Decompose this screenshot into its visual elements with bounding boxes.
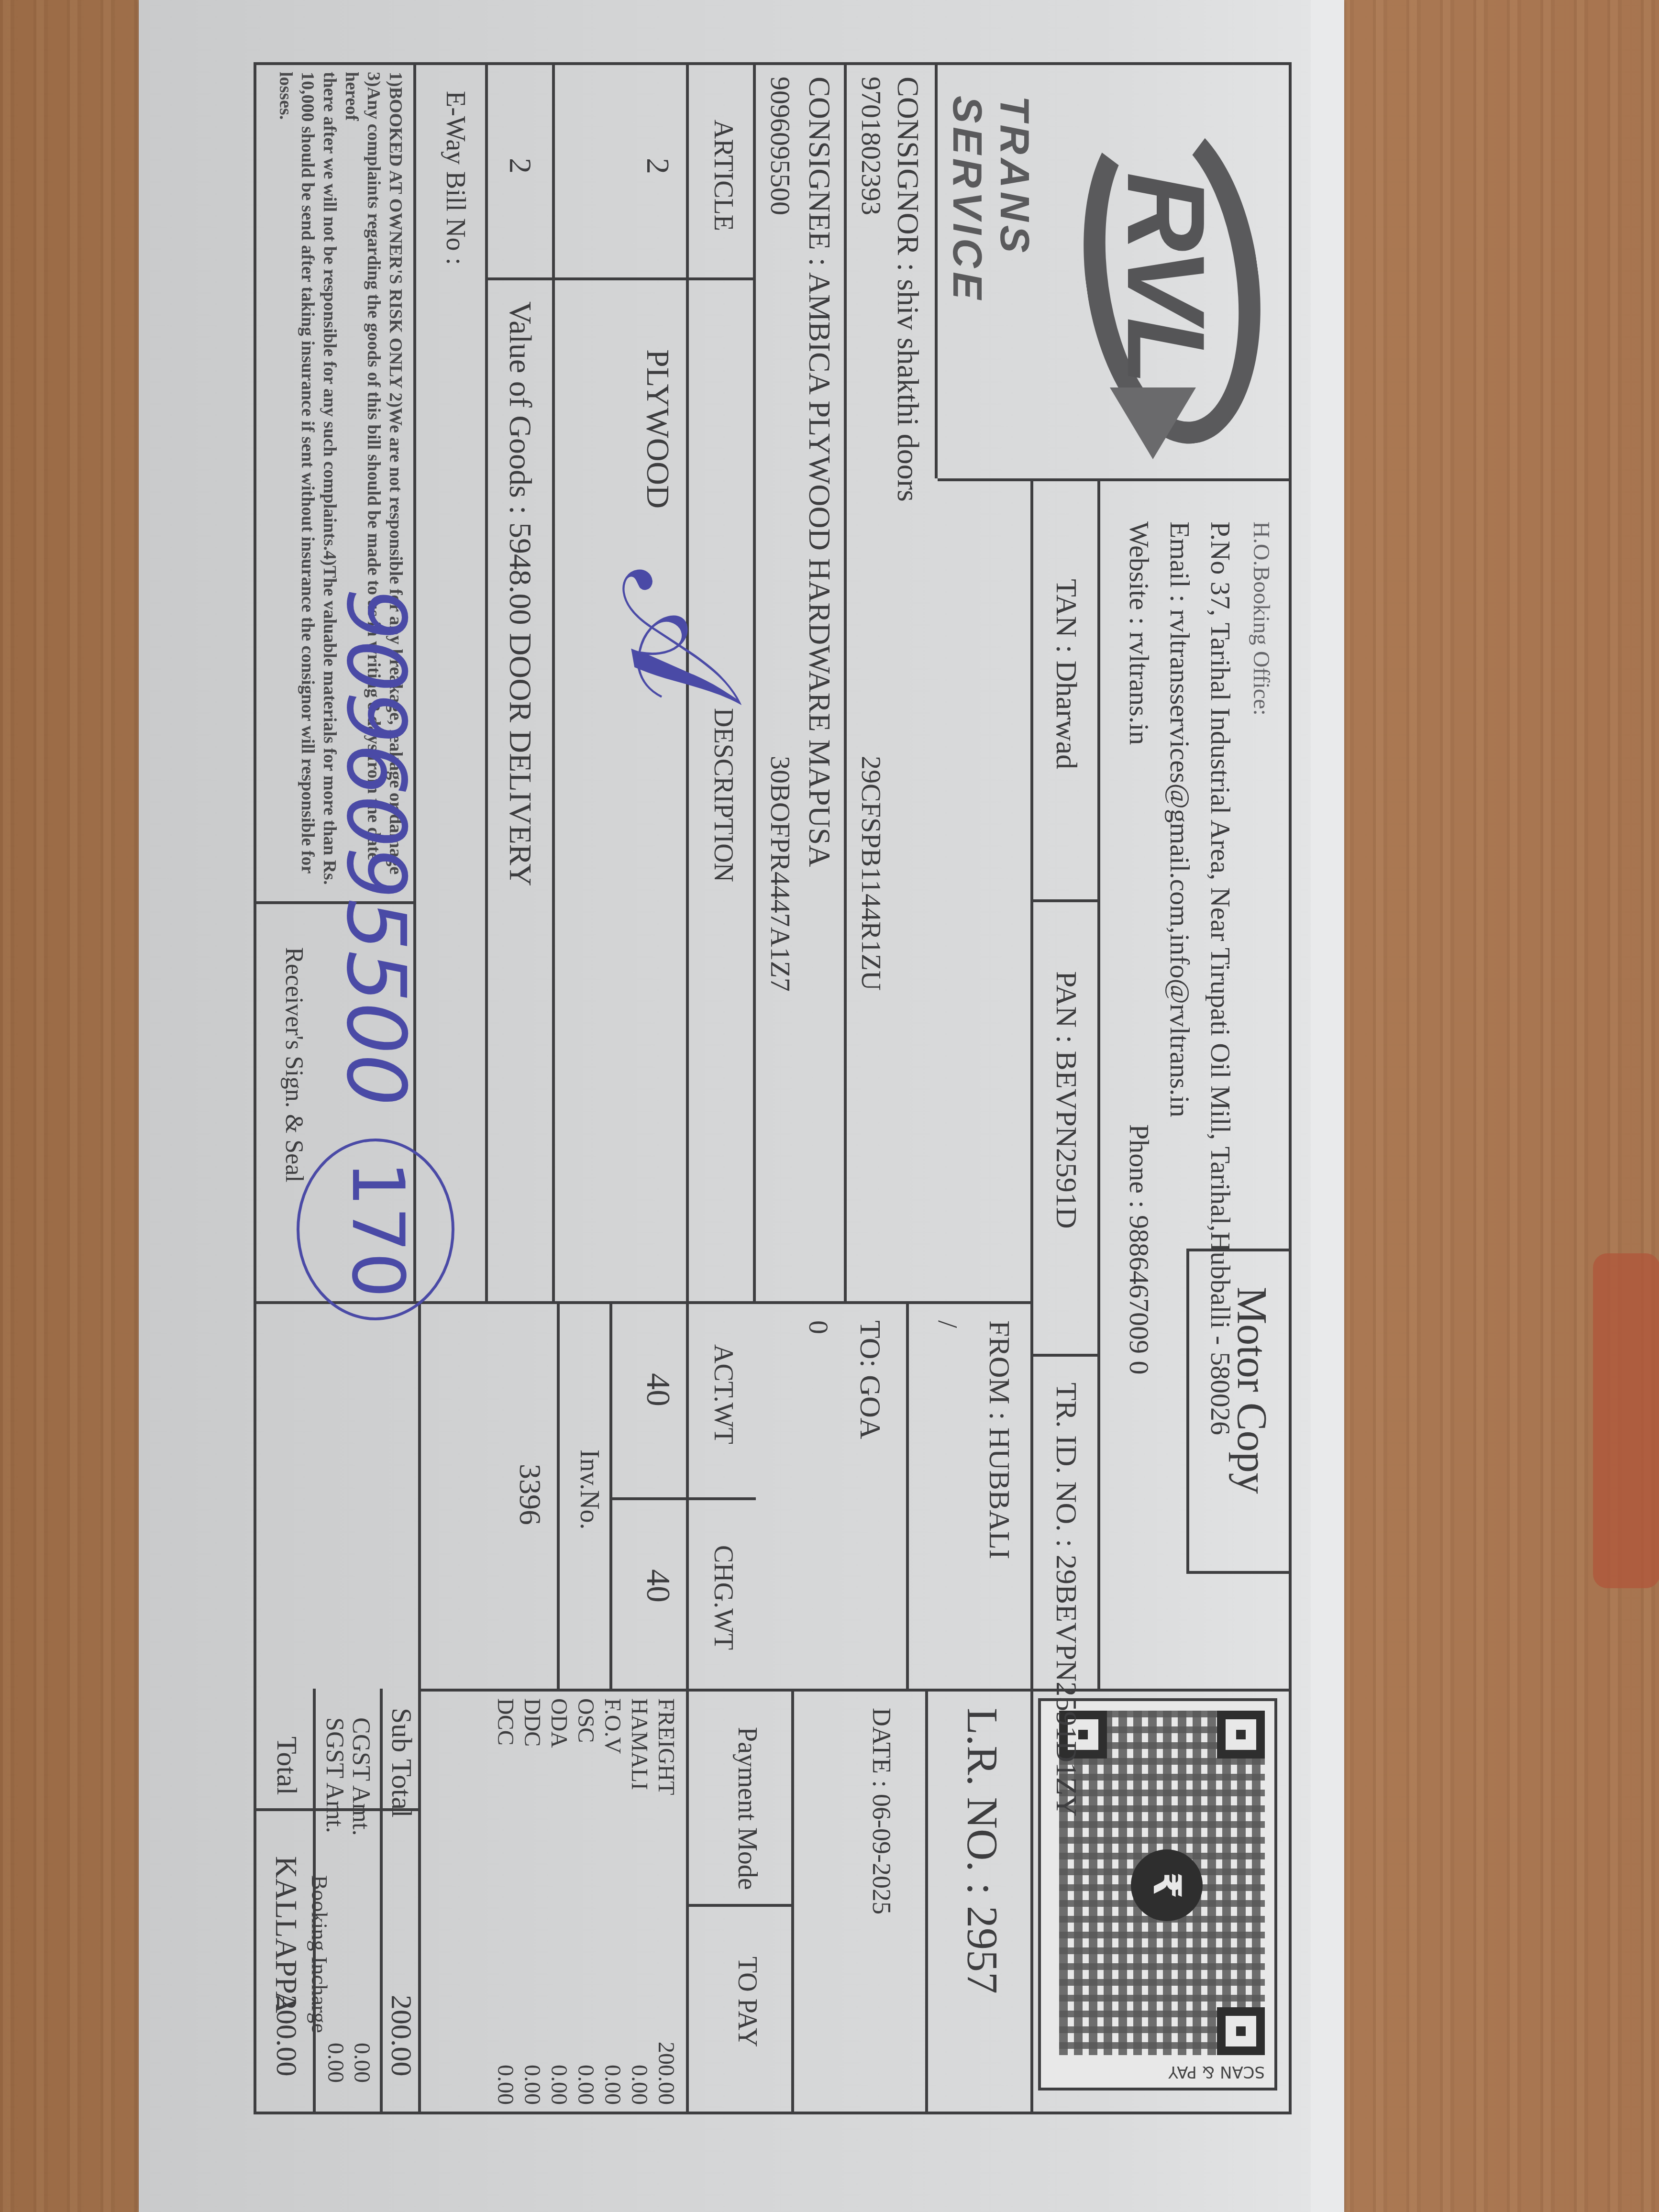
copy-label: Motor Copy	[1230, 1287, 1272, 1494]
charge-label: F.O.V	[599, 1698, 626, 1754]
charge-amount: 0.00	[599, 2065, 626, 2105]
paper-edge	[1311, 0, 1344, 2212]
row-chg-wt: 40	[641, 1569, 675, 1603]
charge-label: HAMALI	[626, 1698, 653, 1790]
office-heading: H.O.Booking Office:	[1250, 521, 1272, 716]
logo-tagline: TRANS SERVICE	[943, 96, 1038, 464]
total-articles: 2	[504, 158, 536, 174]
charge-row: DDC0.00	[519, 1698, 545, 2105]
sgst-label: SGST Amt.	[322, 1717, 347, 1833]
handwritten-signature: 𝒜	[599, 555, 760, 710]
route-to: TO: GOA	[855, 1320, 885, 1439]
qr-caption: SCAN & PAY	[1168, 2065, 1265, 2084]
charge-label: OSC	[572, 1698, 599, 1743]
consignee-gst: 30BOFPR4447A1Z7	[766, 756, 794, 992]
booking-incharge-name: KALLAPPA	[271, 1856, 301, 2013]
charges-list: FREIGHT200.00HAMALI0.00F.O.V0.00OSC0.00O…	[492, 1698, 679, 2105]
col-description: DESCRIPTION	[710, 708, 737, 882]
total-label: Total	[273, 1736, 301, 1795]
rupee-icon: ₹	[1131, 1849, 1203, 1921]
col-article: ARTICLE	[710, 120, 737, 231]
route-from: FROM : HUBBALI	[984, 1320, 1014, 1559]
row-article: 2	[642, 158, 675, 174]
charge-row: ODA0.00	[545, 1698, 572, 2105]
eway-bill-label: E-Way Bill No :	[442, 91, 469, 265]
row-description: PLYWOOD	[642, 349, 675, 509]
charge-label: DCC	[492, 1698, 519, 1746]
logo-arrow-icon	[1110, 387, 1196, 459]
charge-row: DCC0.00	[492, 1698, 519, 2105]
route-from-extra: /	[934, 1320, 962, 1328]
col-act-wt: ACT.WT	[710, 1344, 737, 1444]
col-inv-no: Inv.No.	[576, 1449, 603, 1529]
handwritten-circled-number: 170	[297, 1139, 454, 1320]
pan-number: PAN : BEVPN2591D	[1051, 971, 1081, 1229]
consignee-name: CONSIGNEE : AMBICA PLYWOOD HARDWARE MAPU…	[804, 77, 835, 867]
route-to-extra: 0	[805, 1320, 832, 1334]
charge-amount: 200.00	[653, 2042, 679, 2105]
consignee-phone: 9096095500	[766, 77, 794, 215]
lr-date: DATE : 06-09-2025	[869, 1708, 895, 1914]
charge-amount: 0.00	[572, 2065, 599, 2105]
office-phone: Phone : 9886467009 0	[1125, 1124, 1153, 1375]
charge-label: DDC	[519, 1698, 545, 1747]
charge-row: HAMALI0.00	[626, 1698, 653, 2105]
charge-amount: 0.00	[545, 2065, 572, 2105]
office-website: Website : rvltrans.in	[1125, 521, 1153, 745]
charge-row: F.O.V0.00	[599, 1698, 626, 2105]
logo-text: RVL	[1103, 172, 1229, 381]
tan-number: TAN : Dharwad	[1051, 579, 1081, 769]
consignor-gst: 29CFSPB1144R1ZU	[857, 756, 885, 991]
handwritten-phone: 9096095500	[335, 588, 416, 1106]
charge-amount: 0.00	[492, 2065, 519, 2105]
booking-incharge-label: Booking Incharge	[308, 1875, 330, 2033]
charge-amount: 0.00	[519, 2065, 545, 2105]
payment-mode-value: TO PAY	[734, 1957, 761, 2047]
booking-incharge-box: Booking Incharge KALLAPPA	[258, 1818, 392, 2086]
transporter-id: TR. ID. NO. : 29BEVPN2591D1ZY	[1051, 1382, 1081, 1817]
receiver-sign-label: Receiver's Sign. & Seal	[281, 947, 306, 1183]
sub-total-label: Sub Total	[387, 1708, 416, 1818]
lorry-receipt: RVL TRANS SERVICE H.O.Booking Office: P.…	[254, 62, 1292, 2114]
value-of-goods: Value of Goods : 5948.00 DOOR DELIVERY	[504, 301, 536, 886]
consignor-name: CONSIGNOR : shiv shakthi doors	[893, 77, 923, 502]
charge-label: ODA	[545, 1698, 572, 1748]
office-email: Email : rvltransservices@gmail.com,info@…	[1166, 521, 1194, 1117]
charge-label: FREIGHT	[653, 1698, 679, 1795]
terms-line: 10,000 should be send after taking insur…	[297, 72, 319, 895]
lr-number: L.R. NO. : 2957	[961, 1708, 1005, 1994]
charge-row: OSC0.00	[572, 1698, 599, 2105]
payment-mode-label: Payment Mode	[734, 1727, 761, 1890]
rvl-logo: RVL TRANS SERVICE	[1019, 81, 1268, 464]
col-chg-wt: CHG.WT	[710, 1545, 737, 1650]
row-inv-no: 3396	[515, 1464, 545, 1525]
consignor-phone: 9701802393	[857, 77, 885, 215]
charge-amount: 0.00	[626, 2065, 653, 2105]
charge-row: FREIGHT200.00	[653, 1698, 679, 2105]
row-act-wt: 40	[641, 1373, 675, 1406]
red-stain	[1593, 1253, 1659, 1588]
terms-line: losses.	[275, 72, 297, 895]
